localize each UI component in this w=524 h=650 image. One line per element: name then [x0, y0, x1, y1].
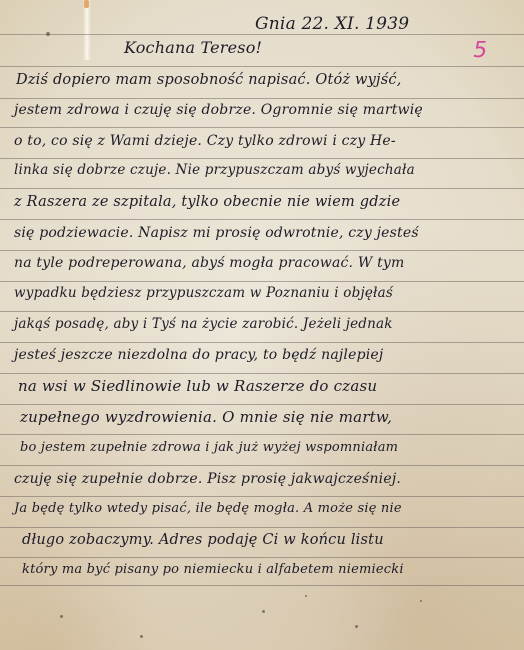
paper-spot	[262, 610, 265, 613]
ruled-line	[0, 66, 524, 67]
ruled-line	[0, 527, 524, 528]
ruled-line	[0, 98, 524, 99]
letter-line: się podziewacie. Napisz mi prosię odwrot…	[14, 226, 419, 240]
letter-line: czuję się zupełnie dobrze. Pisz prosię j…	[14, 472, 401, 486]
letter-line: jakąś posadę, aby i Tyś na życie zarobić…	[14, 318, 393, 332]
ruled-line	[0, 404, 524, 405]
ruled-line	[0, 250, 524, 251]
letter-greeting: Kochana Tereso!	[124, 40, 262, 56]
ruled-line	[0, 496, 524, 497]
letter-line: na tyle podreperowana, abyś mogła pracow…	[14, 256, 405, 270]
ruled-line	[0, 281, 524, 282]
ruled-line	[0, 127, 524, 128]
letter-line: wypadku będziesz przypuszczam w Poznaniu…	[14, 287, 393, 301]
letter-line: Ja będę tylko wtedy pisać, ile będę mogł…	[14, 502, 402, 515]
letter-line: bo jestem zupełnie zdrowa i jak już wyże…	[20, 441, 398, 454]
paper-crease	[83, 0, 91, 60]
ruled-line	[0, 188, 524, 189]
paper-stain	[84, 0, 89, 8]
letter-line: Dziś dopiero mam sposobność napisać. Otó…	[16, 73, 402, 88]
paper-spot	[140, 635, 143, 638]
letter-line: z Raszera ze szpitala, tylko obecnie nie…	[14, 195, 400, 210]
ruled-line	[0, 311, 524, 312]
ruled-line	[0, 585, 524, 586]
letter-line: długo zobaczymy. Adres podaję Ci w końcu…	[22, 533, 384, 548]
paper-spot	[355, 625, 358, 628]
ruled-line	[0, 434, 524, 435]
ruled-line	[0, 342, 524, 343]
letter-line: który ma być pisany po niemiecku i alfab…	[22, 563, 404, 576]
ruled-line	[0, 219, 524, 220]
ruled-line	[0, 465, 524, 466]
letter-line: zupełnego wyzdrowienia. O mnie się nie m…	[20, 410, 392, 425]
ruled-line	[0, 557, 524, 558]
ruled-line	[0, 373, 524, 374]
ruled-line	[0, 158, 524, 159]
paper-spot	[305, 595, 307, 597]
paper-spot	[420, 600, 422, 602]
letter-date: Gnia 22. XI. 1939	[255, 16, 409, 33]
ruled-line	[0, 34, 524, 35]
letter-line: jestem zdrowa i czuję się dobrze. Ogromn…	[14, 103, 423, 117]
letter-line: linka się dobrze czuje. Nie przypuszczam…	[14, 164, 415, 178]
paper-spot	[46, 32, 50, 36]
paper-spot	[60, 615, 63, 618]
letter-line: na wsi w Siedlinowie lub w Raszerze do c…	[18, 379, 377, 394]
letter-line: jesteś jeszcze niezdolna do pracy, to bę…	[14, 348, 383, 362]
letter-line: o to, co się z Wami dzieje. Czy tylko zd…	[14, 134, 396, 148]
